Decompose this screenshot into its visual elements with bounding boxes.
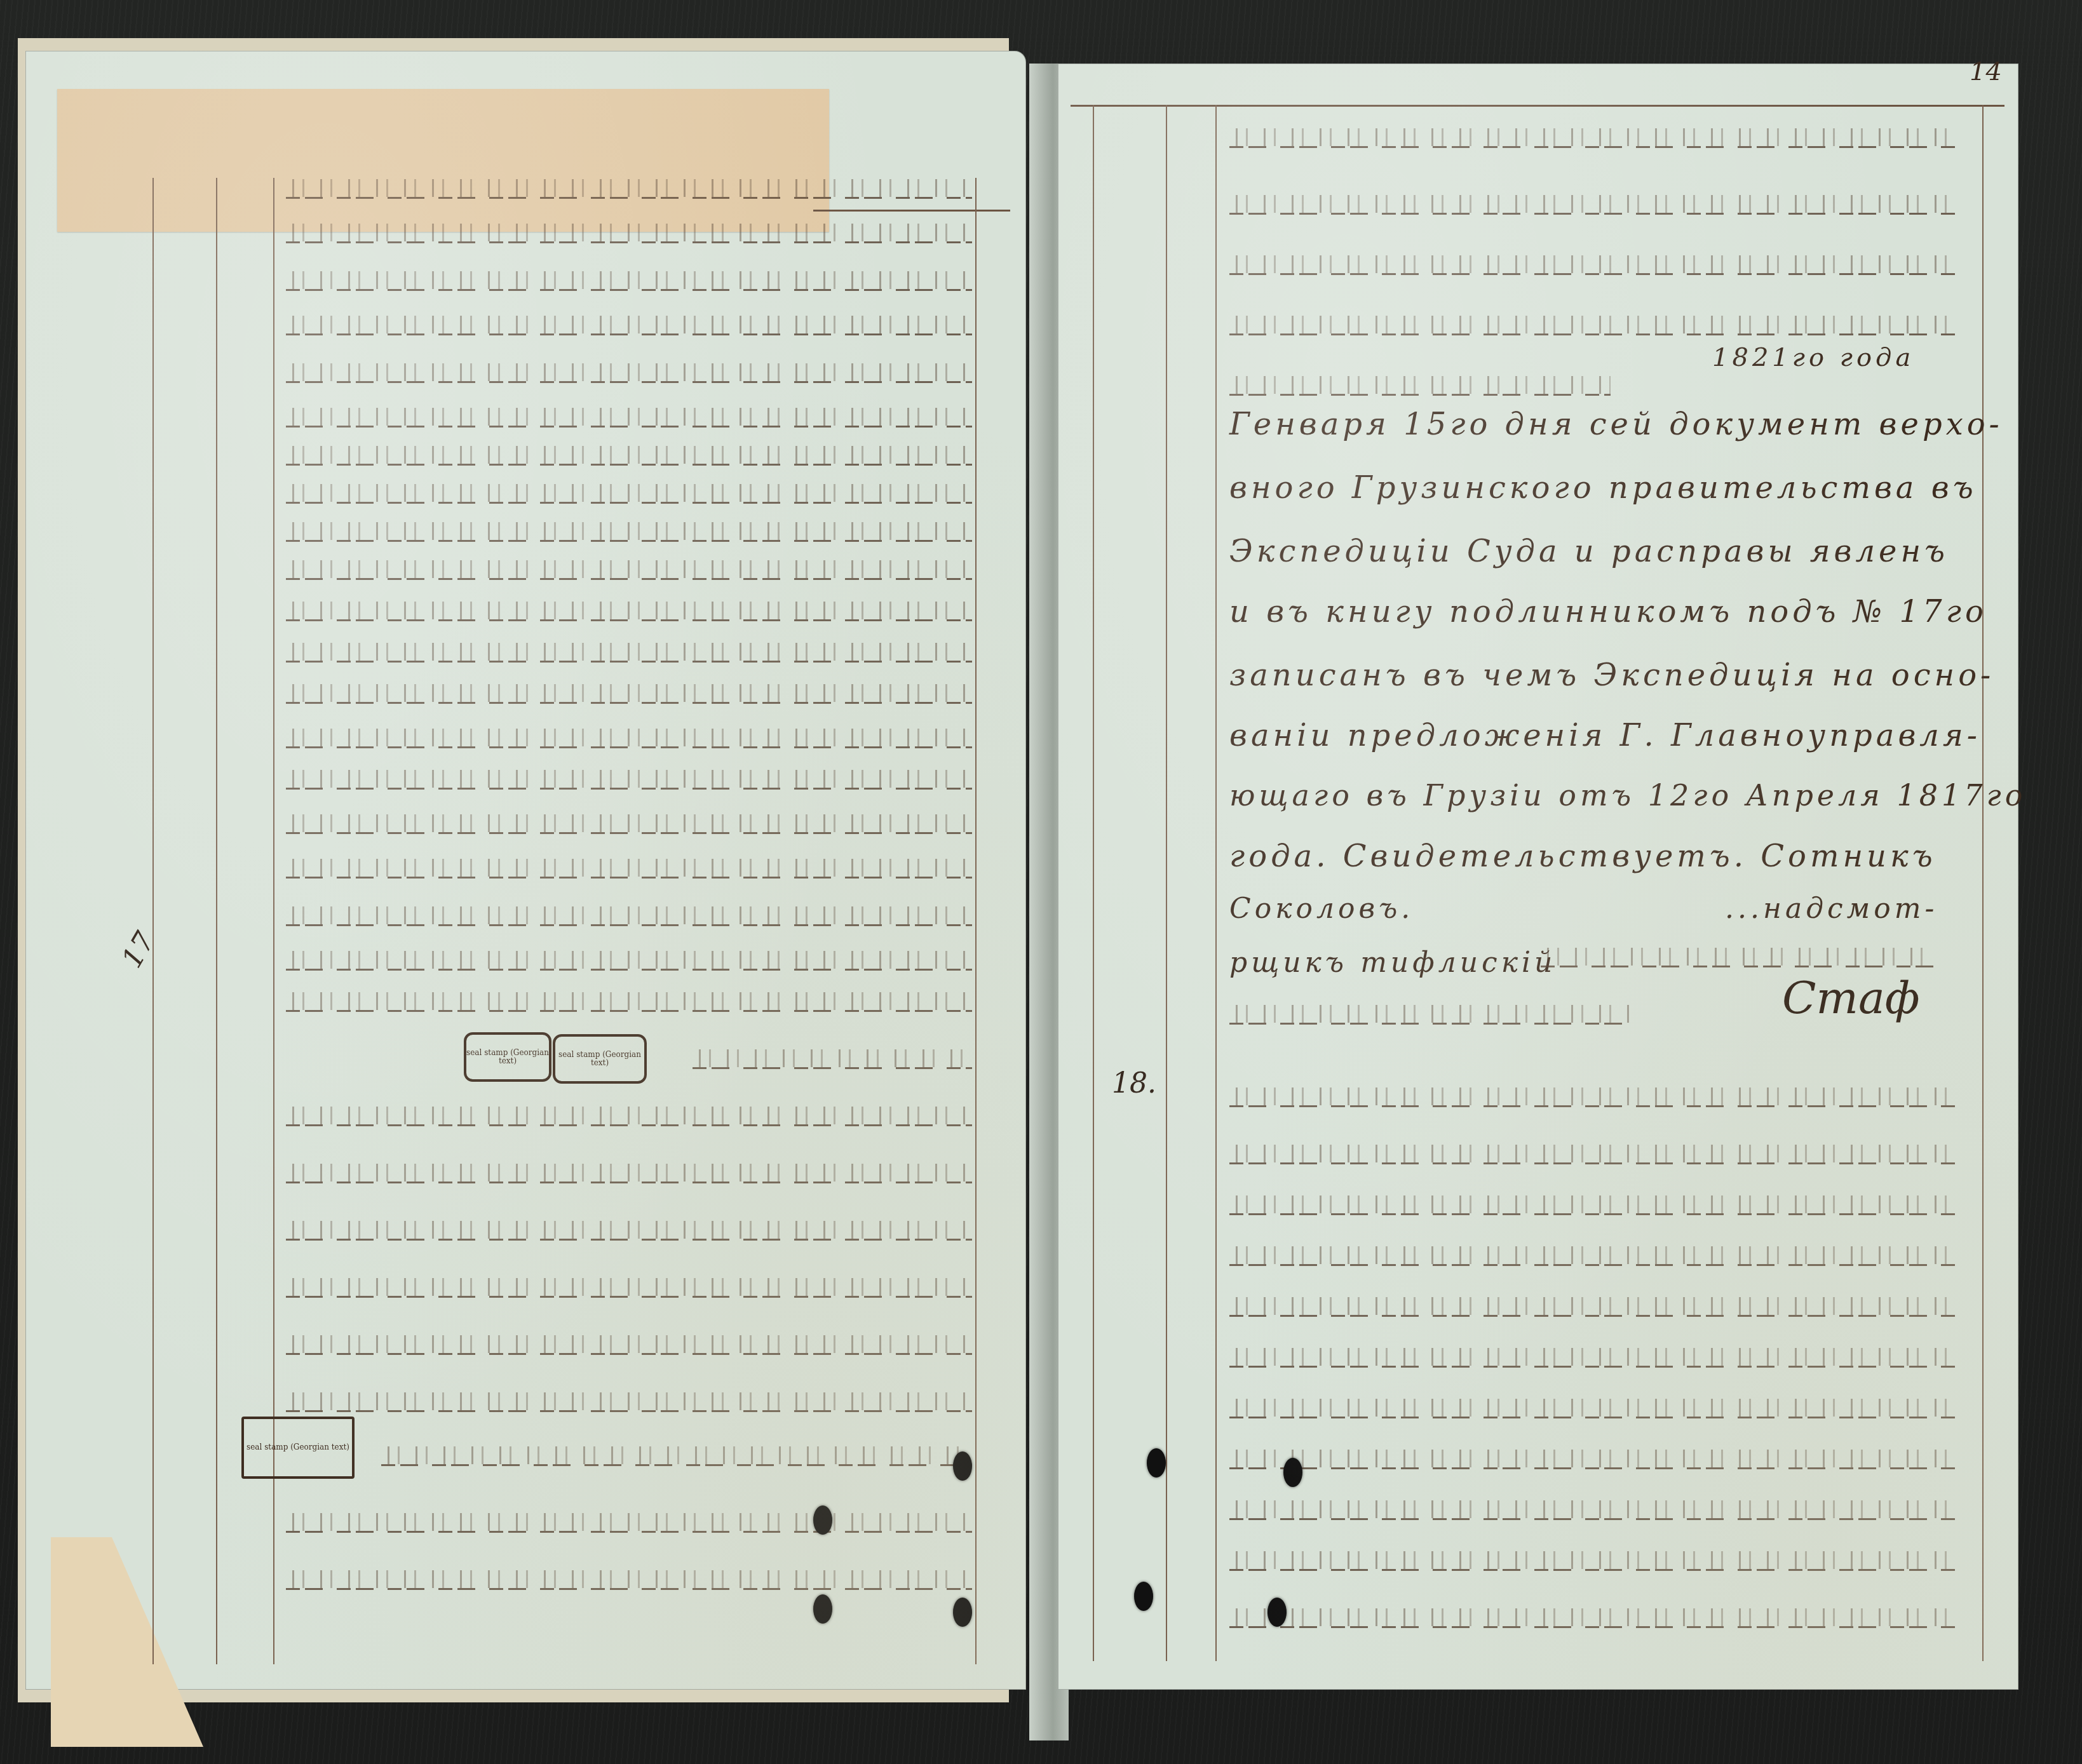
annotation-line: Экспедиціи Суда и расправы явленъ [1229,534,1949,569]
header-rule [1071,105,2004,107]
script-line [1229,1105,1960,1107]
annotation-line: записанъ въ чемъ Экспедиція на осно- [1229,657,1994,693]
stamp-label: seal stamp (Georgian text) [466,1049,549,1065]
repair-tape-bottom [51,1537,203,1747]
annotation-line: вного Грузинского правительства въ [1229,470,1977,506]
right-margin-rule [1982,105,1984,1661]
left-page: 17 seal stamp (Georgian text) seal [25,51,1026,1690]
stamp-label: seal stamp (Georgian text) [247,1443,349,1451]
margin-rule-2 [1166,105,1167,1661]
script-line [1229,1264,1960,1266]
script-line [1229,1569,1960,1571]
script-line [1229,1213,1960,1215]
script-line [286,877,972,879]
script-line [286,540,972,542]
seal-stamp-box: seal stamp (Georgian text) [464,1032,551,1082]
right-margin-rule [975,178,977,1664]
script-line [286,289,972,291]
punch-hole [1134,1582,1153,1611]
script-line [1229,1518,1960,1520]
script-line [286,619,972,621]
annotation-line: ваніи предложенія Г. Главноуправля- [1229,718,1981,753]
script-line [1229,273,1960,275]
script-line [286,1353,972,1355]
annotation-line: рщикъ тифлискій [1229,946,1556,979]
script-line [1229,1417,1960,1418]
script-line [286,241,972,243]
script-line [286,832,972,834]
script-line [286,1239,972,1241]
script-line [1541,966,1935,967]
script-line [381,1464,972,1466]
punch-hole [953,1451,972,1481]
entry-number-18: 18. [1112,1067,1156,1100]
script-line [286,1410,972,1412]
punch-hole [1267,1598,1287,1627]
punch-hole [1283,1458,1302,1487]
script-line [286,1182,972,1183]
margin-rule-2 [216,178,217,1664]
script-line [286,464,972,466]
script-line [1229,1366,1960,1368]
script-line [286,502,972,504]
stamp-label: seal stamp (Georgian text) [555,1051,644,1067]
annotation-line: 1821го года [1712,343,1914,372]
right-page: 14 1821го года Генваря 15го дня сей доку… [1058,64,2018,1690]
annotation-line: и въ книгу подлинникомъ подъ № 17го [1229,594,1987,630]
seal-stamp-box: seal stamp (Georgian text) [553,1034,647,1084]
script-line [286,661,972,663]
punch-hole [813,1505,832,1535]
script-line [1229,213,1960,215]
script-line [286,426,972,428]
entry-number-17: 17 [116,927,161,974]
script-line [286,702,972,704]
script-line [286,333,972,335]
script-line [286,969,972,971]
seal-stamp-box: seal stamp (Georgian text) [241,1417,355,1479]
margin-rule-1 [1093,105,1094,1661]
annotation-line: года. Свидетельствуетъ. Сотникъ [1229,838,1937,874]
script-line [1229,146,1960,148]
page-number: 14 [1970,57,2002,86]
script-line [286,1010,972,1012]
script-line [1229,1467,1960,1469]
margin-rule-3 [1215,105,1217,1661]
script-line [1229,1023,1636,1025]
script-line [286,1124,972,1126]
punch-hole [1147,1448,1166,1478]
header-rule [813,210,1010,212]
punch-hole [953,1598,972,1627]
script-line [286,1588,972,1590]
script-line [286,1531,972,1533]
script-line [286,788,972,790]
punch-hole [813,1594,832,1624]
script-line [1229,1162,1960,1164]
script-line [286,746,972,748]
script-line [286,381,972,383]
annotation-line: Генваря 15го дня сей документ верхо- [1229,407,2003,442]
script-line [1229,1626,1960,1628]
signature: Стаф [1782,972,1919,1024]
script-line [1229,333,1960,335]
repair-tape-top [57,89,829,232]
script-line [286,197,972,199]
script-line [693,1067,972,1069]
annotation-line: Соколовъ. [1229,892,1414,925]
script-line [1229,394,1611,396]
annotation-line: ...надсмот- [1725,892,1938,925]
margin-rule-1 [152,178,154,1664]
script-line [1229,1315,1960,1317]
script-line [286,1296,972,1298]
script-line [286,578,972,580]
script-line [286,924,972,926]
annotation-line: ющаго въ Грузіи отъ 12го Апреля 1817го [1229,778,2026,812]
